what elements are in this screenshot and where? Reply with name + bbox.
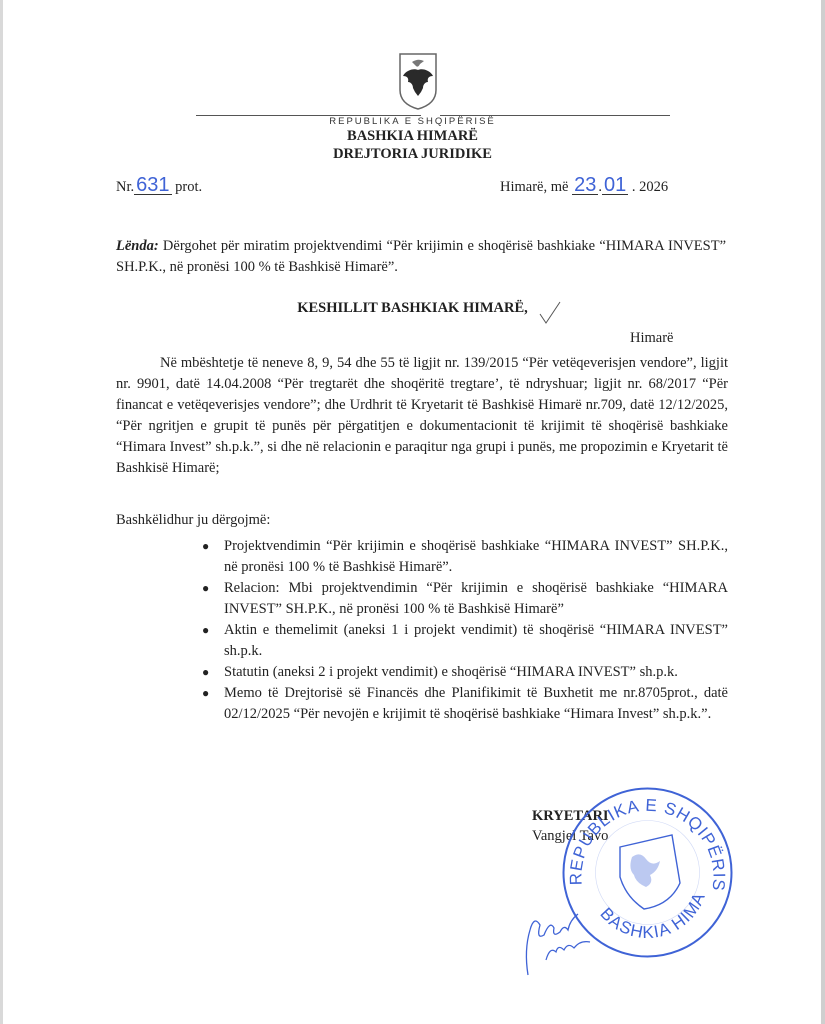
- place-prefix: Himarë, më: [500, 179, 568, 195]
- check-mark-icon: [538, 300, 562, 326]
- bullet-icon: ●: [202, 683, 209, 704]
- nr-suffix: prot.: [175, 179, 202, 195]
- attachments-list: ●Projektvendimin “Për krijimin e shoqëri…: [200, 536, 728, 725]
- republic-name: REPUBLIKA E SHQIPËRISË: [0, 116, 825, 127]
- attachment-item: ●Relacion: Mbi projektvendimin “Për krij…: [200, 578, 728, 620]
- date-year: . 2026: [632, 179, 668, 195]
- bullet-icon: ●: [202, 620, 209, 641]
- addressee-place: Himarë: [630, 328, 673, 349]
- subject: Lënda: Dërgohet për miratim projektvendi…: [116, 236, 726, 278]
- attachments-intro: Bashkëlidhur ju dërgojmë:: [116, 510, 270, 531]
- bullet-icon: ●: [202, 578, 209, 599]
- protocol-number: Nr.631 prot.: [116, 176, 202, 198]
- handwritten-signature-icon: [520, 880, 610, 980]
- subject-label: Lënda:: [116, 238, 159, 254]
- attachment-item: ●Projektvendimin “Për krijimin e shoqëri…: [200, 536, 728, 578]
- subject-text: Dërgohet për miratim projektvendimi “Për…: [116, 238, 726, 275]
- nr-value-handwritten: 631: [134, 176, 171, 195]
- albanian-eagle-coat-of-arms-icon: [398, 52, 438, 110]
- body-paragraph-text: Në mbështetje të neneve 8, 9, 54 dhe 55 …: [116, 355, 728, 476]
- date-month-handwritten: 01: [602, 176, 628, 195]
- place-date: Himarë, më 23.01 . 2026: [500, 176, 668, 198]
- date-day-handwritten: 23: [572, 176, 598, 195]
- addressee-name: KESHILLIT BASHKIAK HIMARË,: [0, 300, 825, 317]
- body-paragraph: Në mbështetje të neneve 8, 9, 54 dhe 55 …: [116, 353, 728, 479]
- bullet-icon: ●: [202, 662, 209, 683]
- directorate-name: DREJTORIA JURIDIKE: [0, 146, 825, 163]
- nr-prefix: Nr.: [116, 179, 134, 195]
- attachment-item: ●Aktin e themelimit (aneksi 1 i projekt …: [200, 620, 728, 662]
- attachment-item: ●Statutin (aneksi 2 i projekt vendimit) …: [200, 662, 728, 683]
- bullet-icon: ●: [202, 536, 209, 557]
- attachment-item: ●Memo të Drejtorisë së Financës dhe Plan…: [200, 683, 728, 725]
- municipality-name: BASHKIA HIMARË: [0, 128, 825, 145]
